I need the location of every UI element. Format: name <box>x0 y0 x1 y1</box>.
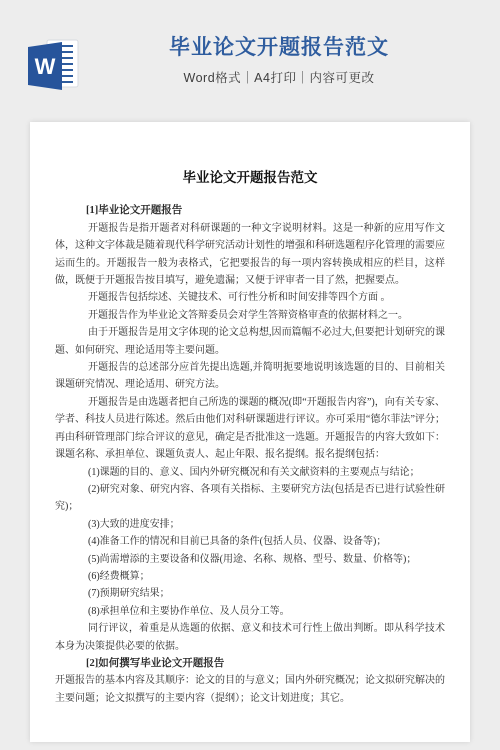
paragraph: 由于开题报告是用文字体现的论文总构想,因而篇幅不必过大,但要把计划研究的课题、如… <box>55 324 445 359</box>
list-item: (7)预期研究结果； <box>55 585 445 602</box>
section-heading: [1]毕业论文开题报告 <box>55 202 445 219</box>
list-item: (5)尚需增添的主要设备和仪器(用途、名称、规格、型号、数量、价格等)； <box>55 551 445 568</box>
header-subtitle: Word格式｜A4打印｜内容可更改 <box>58 68 500 86</box>
header-title: 毕业论文开题报告范文 <box>58 34 500 61</box>
paragraph: 开题报告是由选题者把自己所选的课题的概况(即“开题报告内容”)，向有关专家、学者… <box>55 394 445 464</box>
paragraph: 开题报告包括综述、关键技术、可行性分析和时间安排等四个方面 。 <box>55 289 445 306</box>
list-item: (6)经费概算； <box>55 568 445 585</box>
document-page[interactable]: 毕业论文开题报告范文 [1]毕业论文开题报告 开题报告是指开题者对科研课题的一种… <box>30 122 470 742</box>
paragraph: 开题报告的基本内容及其顺序：论文的目的与意义；国内外研究概况；论文拟研究解决的主… <box>55 672 445 707</box>
list-item: (2)研究对象、研究内容、各项有关指标、主要研究方法(包括是否已进行试验性研究)… <box>55 481 445 516</box>
template-preview: W 毕业论文开题报告范文 Word格式｜A4打印｜内容可更改 毕业论文开题报告范… <box>0 0 500 750</box>
section-heading: [2]如何撰写毕业论文开题报告 <box>55 655 445 672</box>
list-item: (3)大致的进度安排； <box>55 516 445 533</box>
paragraph: 同行评议，着重是从选题的依据、意义和技术可行性上做出判断。即从科学技术本身为决策… <box>55 620 445 655</box>
word-icon: W <box>28 38 80 92</box>
paragraph: 开题报告是指开题者对科研课题的一种文字说明材料。这是一种新的应用写作文体，这种文… <box>55 220 445 290</box>
document-title: 毕业论文开题报告范文 <box>55 122 445 186</box>
paragraph: 开题报告作为毕业论文答辩委员会对学生答辩资格审查的依据材料之一。 <box>55 307 445 324</box>
list-item: (4)准备工作的情况和目前已具备的条件(包括人员、仪器、设备等)； <box>55 533 445 550</box>
header: W 毕业论文开题报告范文 Word格式｜A4打印｜内容可更改 <box>0 0 500 122</box>
list-item: (1)课题的目的、意义、国内外研究概况和有关文献资料的主要观点与结论； <box>55 464 445 481</box>
word-icon-letter: W <box>35 54 56 79</box>
list-item: (8)承担单位和主要协作单位、及人员分工等。 <box>55 603 445 620</box>
paragraph: 开题报告的总述部分应首先提出选题,并简明扼要地说明该选题的目的、目前相关课题研究… <box>55 359 445 394</box>
